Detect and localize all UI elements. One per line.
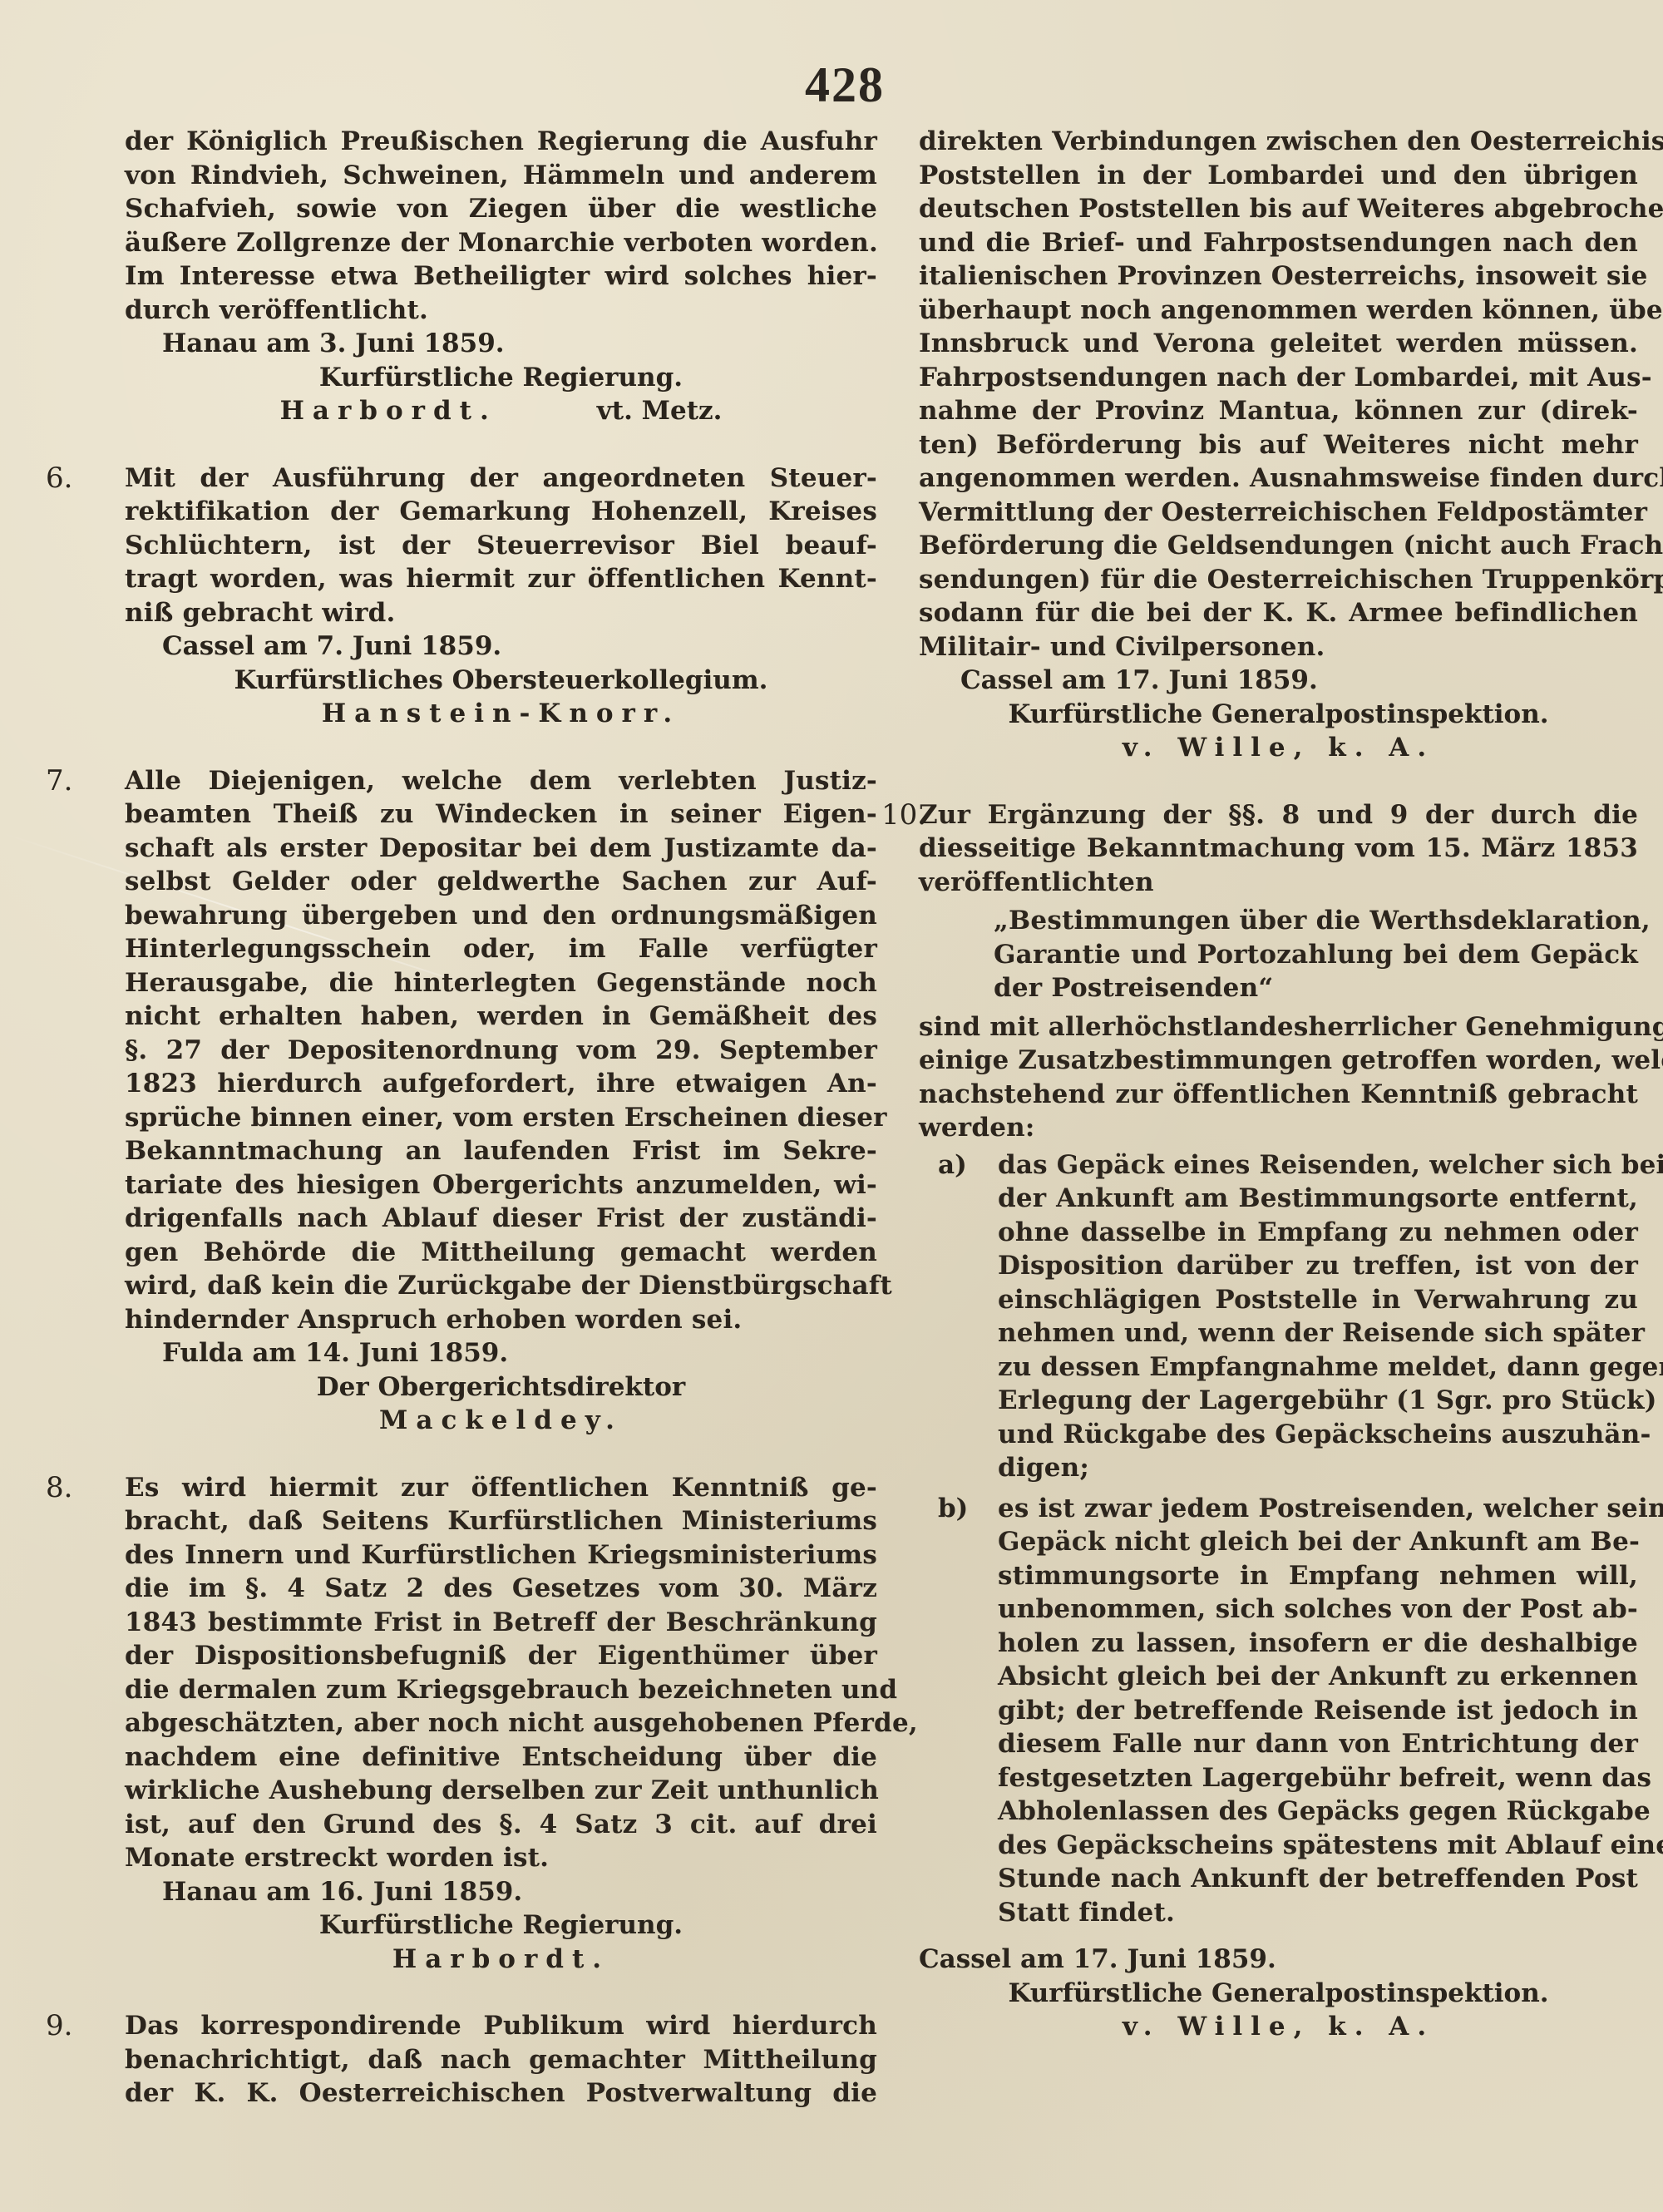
text-line: Monate erstreckt worden ist. xyxy=(125,1841,877,1875)
text-line: sendungen) für die Oesterreichischen Tru… xyxy=(919,563,1638,597)
text-line: überhaupt noch angenommen werden können,… xyxy=(919,294,1638,328)
authority: Kurfürstliches Obersteuerkollegium. xyxy=(125,664,877,698)
dateline: Cassel am 7. Juni 1859. xyxy=(162,630,836,664)
text-line: des Gepäckscheins spätestens mit Ablauf … xyxy=(998,1829,1638,1863)
entry-number: 8. xyxy=(46,1471,72,1505)
text-line: 1823 hierdurch aufgefordert, ihre etwaig… xyxy=(125,1067,877,1101)
text-line: durch veröffentlicht. xyxy=(125,294,877,328)
text-line: Abholenlassen des Gepäcks gegen Rückgabe xyxy=(998,1795,1638,1829)
signature: v. Wille, k. A. xyxy=(919,731,1638,765)
text-line: und Rückgabe des Gepäckscheins auszuhän- xyxy=(998,1418,1638,1452)
text-line: Das korrespondirende Publikum wird hierd… xyxy=(125,2009,877,2043)
sub-item-label: a) xyxy=(938,1148,967,1183)
left-column: der Königlich Preußischen Regierung die … xyxy=(46,125,836,2111)
text-line: Alle Diejenigen, welche dem verlebten Ju… xyxy=(125,764,877,798)
text-line: benachrichtigt, daß nach gemachter Mitth… xyxy=(125,2043,877,2077)
text-line: sind mit allerhöchstlandesherrlicher Gen… xyxy=(919,1010,1638,1044)
text-line: 1843 bestimmte Frist in Betreff der Besc… xyxy=(125,1606,877,1640)
dateline: Hanau am 16. Juni 1859. xyxy=(162,1875,836,1909)
text-line: deutschen Poststellen bis auf Weiteres a… xyxy=(919,192,1638,226)
authority: Kurfürstliche Regierung. xyxy=(125,1908,877,1943)
text-line: Beförderung die Geldsendungen (nicht auc… xyxy=(919,529,1638,563)
text-line: einschlägigen Poststelle in Verwahrung z… xyxy=(998,1283,1638,1317)
text-line: Mit der Ausführung der angeordneten Steu… xyxy=(125,462,877,496)
text-line: digen; xyxy=(998,1451,1638,1485)
text-line: holen zu lassen, insofern er die deshalb… xyxy=(998,1627,1638,1661)
text-line: diesseitige Bekanntmachung vom 15. März … xyxy=(919,832,1638,866)
authority: Der Obergerichtsdirektor xyxy=(125,1370,877,1405)
text-line: wird, daß kein die Zurückgabe der Dienst… xyxy=(125,1269,877,1303)
authority: Kurfürstliche Regierung. xyxy=(125,361,877,395)
signature-secondary: vt. Metz. xyxy=(597,394,723,428)
entry-number: 9. xyxy=(46,2009,72,2043)
dateline: Cassel am 17. Juni 1859. xyxy=(960,664,1638,698)
text-line: nachstehend zur öffentlichen Kenntniß ge… xyxy=(919,1078,1638,1112)
text-line: Hinterlegungsschein oder, im Falle verfü… xyxy=(125,932,877,966)
text-line: nehmen und, wenn der Reisende sich späte… xyxy=(998,1316,1638,1350)
text-line: Fahrpostsendungen nach der Lombardei, mi… xyxy=(919,361,1638,395)
text-line: Garantie und Portozahlung bei dem Gepäck xyxy=(994,938,1638,972)
signature: Mackeldey. xyxy=(125,1404,877,1438)
authority: Kurfürstliche Generalpostinspektion. xyxy=(919,1977,1638,2011)
entry-9: 9. Das korrespondirende Publikum wird hi… xyxy=(46,2009,836,2111)
text-line: hindernder Anspruch erhoben worden sei. xyxy=(125,1303,877,1337)
text-line: Bekanntmachung an laufenden Frist im Sek… xyxy=(125,1134,877,1168)
dateline: Hanau am 3. Juni 1859. xyxy=(162,327,836,361)
entry-number: 7. xyxy=(46,764,72,798)
text-line: Militair- und Civilpersonen. xyxy=(919,630,1638,664)
right-column: direkten Verbindungen zwischen den Oeste… xyxy=(881,125,1638,2044)
text-line: der Königlich Preußischen Regierung die … xyxy=(125,125,877,159)
text-line: veröffentlichten xyxy=(919,866,1638,900)
text-line: §. 27 der Depositenordnung vom 29. Septe… xyxy=(125,1034,877,1068)
signature: Harbordt. xyxy=(125,1943,877,1977)
entry-9-continuation: direkten Verbindungen zwischen den Oeste… xyxy=(881,125,1638,765)
text-line: Herausgabe, die hinterlegten Gegenstände… xyxy=(125,966,877,1000)
dateline: Fulda am 14. Juni 1859. xyxy=(162,1336,836,1370)
text-line: festgesetzten Lagergebühr befreit, wenn … xyxy=(998,1761,1638,1795)
sub-item-b: b) es ist zwar jedem Postreisenden, welc… xyxy=(881,1492,1638,1930)
text-line: Statt findet. xyxy=(998,1896,1638,1930)
text-line: Zur Ergänzung der §§. 8 und 9 der durch … xyxy=(919,798,1638,832)
text-line: tragt worden, was hiermit zur öffentlich… xyxy=(125,562,877,596)
text-line: nicht erhalten haben, werden in Gemäßhei… xyxy=(125,1000,877,1034)
text-line: italienischen Provinzen Oesterreichs, in… xyxy=(919,259,1638,294)
text-line: ten) Beförderung bis auf Weiteres nicht … xyxy=(919,428,1638,462)
signature: Harbordt. xyxy=(280,394,497,428)
text-line: Schlüchtern, ist der Steuerrevisor Biel … xyxy=(125,529,877,563)
text-line: zu dessen Empfangnahme meldet, dann gege… xyxy=(998,1350,1638,1385)
text-line: Absicht gleich bei der Ankunft zu erkenn… xyxy=(998,1660,1638,1694)
page-number: 428 xyxy=(805,57,885,114)
text-line: Im Interesse etwa Betheiligter wird solc… xyxy=(125,259,877,294)
text-line: der Dispositionsbefugniß der Eigenthümer… xyxy=(125,1639,877,1673)
text-line: äußere Zollgrenze der Monarchie verboten… xyxy=(125,226,877,260)
text-line: drigenfalls nach Ablauf dieser Frist der… xyxy=(125,1202,877,1236)
text-line: beamten Theiß zu Windecken in seiner Eig… xyxy=(125,797,877,832)
entry-7: 7. Alle Diejenigen, welche dem verlebten… xyxy=(46,764,836,1438)
entry-continuation-left: der Königlich Preußischen Regierung die … xyxy=(46,125,836,428)
text-line: niß gebracht wird. xyxy=(125,596,877,630)
text-line: ohne dasselbe in Empfang zu nehmen oder xyxy=(998,1216,1638,1250)
text-line: angenommen werden. Ausnahmsweise finden … xyxy=(919,462,1638,496)
text-line: ist, auf den Grund des §. 4 Satz 3 cit. … xyxy=(125,1808,877,1842)
text-line: Erlegung der Lagergebühr (1 Sgr. pro Stü… xyxy=(998,1384,1638,1418)
text-line: der Ankunft am Bestimmungsorte entfernt, xyxy=(998,1182,1638,1216)
text-line: unbenommen, sich solches von der Post ab… xyxy=(998,1592,1638,1627)
text-line: gen Behörde die Mittheilung gemacht werd… xyxy=(125,1236,877,1270)
text-line: Disposition darüber zu treffen, ist von … xyxy=(998,1249,1638,1283)
text-line: wirkliche Aushebung derselben zur Zeit u… xyxy=(125,1774,877,1808)
text-line: die im §. 4 Satz 2 des Gesetzes vom 30. … xyxy=(125,1572,877,1606)
text-line: nahme der Provinz Mantua, können zur (di… xyxy=(919,394,1638,428)
signature: v. Wille, k. A. xyxy=(919,2010,1638,2044)
text-line: bracht, daß Seitens Kurfürstlichen Minis… xyxy=(125,1504,877,1538)
text-line: Innsbruck und Verona geleitet werden müs… xyxy=(919,327,1638,361)
text-line: sodann für die bei der K. K. Armee befin… xyxy=(919,596,1638,630)
text-line: einige Zusatzbestimmungen getroffen word… xyxy=(919,1044,1638,1078)
entry-number: 10. xyxy=(881,798,926,832)
entry-number: 6. xyxy=(46,462,72,496)
text-line: Poststellen in der Lombardei und den übr… xyxy=(919,159,1638,193)
text-line: diesem Falle nur dann von Entrichtung de… xyxy=(998,1727,1638,1761)
text-line: das Gepäck eines Reisenden, welcher sich… xyxy=(998,1148,1638,1183)
text-line: Gepäck nicht gleich bei der Ankunft am B… xyxy=(998,1525,1638,1559)
text-line: Es wird hiermit zur öffentlichen Kenntni… xyxy=(125,1471,877,1505)
text-line: bewahrung übergeben und den ordnungsmäßi… xyxy=(125,899,877,933)
sub-item-a: a) das Gepäck eines Reisenden, welcher s… xyxy=(881,1148,1638,1485)
text-line: direkten Verbindungen zwischen den Oeste… xyxy=(919,125,1638,159)
text-line: Vermittlung der Oesterreichischen Feldpo… xyxy=(919,496,1638,530)
text-line: und die Brief- und Fahrpostsendungen nac… xyxy=(919,226,1638,260)
text-line: schaft als erster Depositar bei dem Just… xyxy=(125,832,877,866)
dateline: Cassel am 17. Juni 1859. xyxy=(919,1943,1638,1977)
text-line: stimmungsorte in Empfang nehmen will, xyxy=(998,1559,1638,1593)
text-line: rektifikation der Gemarkung Hohenzell, K… xyxy=(125,495,877,529)
text-line: von Rindvieh, Schweinen, Hämmeln und and… xyxy=(125,159,877,193)
signatures: Harbordt. vt. Metz. xyxy=(125,394,877,428)
text-line: werden: xyxy=(919,1111,1638,1145)
text-line: die dermalen zum Kriegsgebrauch bezeichn… xyxy=(125,1673,877,1707)
signature: Hanstein-Knorr. xyxy=(125,697,877,731)
text-line: Schafvieh, sowie von Ziegen über die wes… xyxy=(125,192,877,226)
text-line: gibt; der betreffende Reisende ist jedoc… xyxy=(998,1694,1638,1728)
entry-8: 8. Es wird hiermit zur öffentlichen Kenn… xyxy=(46,1471,836,1977)
authority: Kurfürstliche Generalpostinspektion. xyxy=(919,698,1638,732)
text-line: der K. K. Oesterreichischen Postverwaltu… xyxy=(125,2076,877,2111)
text-line: „Bestimmungen über die Werthsdeklaration… xyxy=(994,904,1638,938)
text-line: tariate des hiesigen Obergerichts anzume… xyxy=(125,1168,877,1202)
entry-10: 10. Zur Ergänzung der §§. 8 und 9 der du… xyxy=(881,798,1638,2044)
text-line: der Postreisenden“ xyxy=(994,971,1638,1005)
text-line: selbst Gelder oder geldwerthe Sachen zur… xyxy=(125,865,877,899)
quoted-title: „Bestimmungen über die Werthsdeklaration… xyxy=(881,904,1638,1005)
sub-item-label: b) xyxy=(938,1492,968,1526)
entry-6: 6. Mit der Ausführung der angeordneten S… xyxy=(46,462,836,731)
text-line: sprüche binnen einer, vom ersten Erschei… xyxy=(125,1101,877,1135)
text-line: Stunde nach Ankunft der betreffenden Pos… xyxy=(998,1862,1638,1896)
text-line: des Innern und Kurfürstlichen Kriegsmini… xyxy=(125,1538,877,1573)
text-line: abgeschätzten, aber noch nicht ausgehobe… xyxy=(125,1706,877,1740)
text-line: nachdem eine definitive Entscheidung übe… xyxy=(125,1740,877,1775)
text-line: es ist zwar jedem Postreisenden, welcher… xyxy=(998,1492,1638,1526)
